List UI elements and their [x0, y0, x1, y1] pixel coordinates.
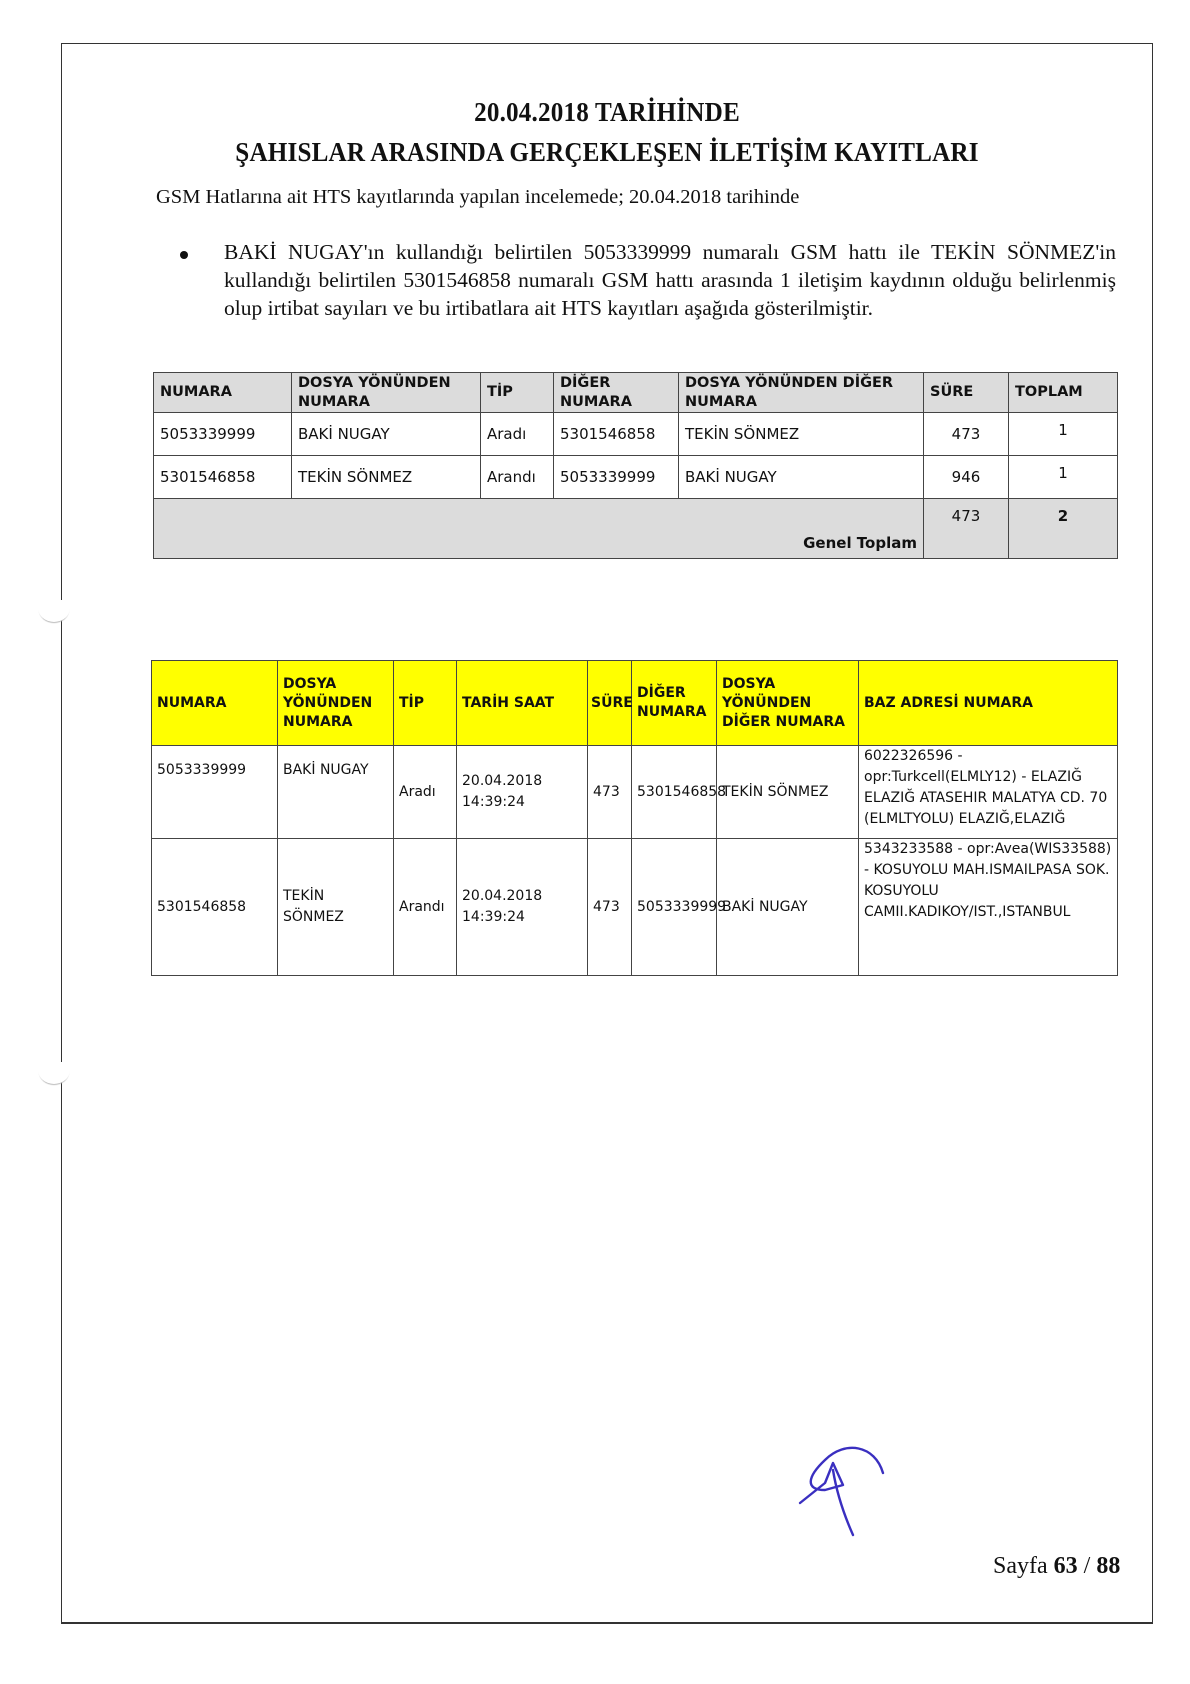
cell-sure: 946: [924, 456, 1009, 499]
col-header-baz-adresi-numara: BAZ ADRESİ NUMARA: [859, 661, 1118, 746]
cell-dosya-yonunden-diger-numara: TEKİN SÖNMEZ: [679, 413, 924, 456]
cell-diger-numara: 5301546858: [554, 413, 679, 456]
cell-sure: 473: [588, 746, 632, 839]
col-header-toplam: TOPLAM: [1009, 373, 1118, 413]
cell-tarih-saat: 20.04.2018 14:39:24: [457, 746, 588, 839]
total-row: Genel Toplam 473 2: [154, 499, 1118, 559]
bullet-text: BAKİ NUGAY'ın kullandığı belirtilen 5053…: [224, 238, 1116, 322]
col-header-dosya-yonunden-numara: DOSYA YÖNÜNDEN NUMARA: [278, 661, 394, 746]
detail-table: NUMARA DOSYA YÖNÜNDEN NUMARA TİP TARİH S…: [151, 660, 1118, 976]
col-header-dosya-yonunden-numara: DOSYA YÖNÜNDEN NUMARA: [292, 373, 481, 413]
cell-dosya-yonunden-numara: BAKİ NUGAY: [278, 746, 394, 839]
cell-dosya-yonunden-diger-numara: BAKİ NUGAY: [679, 456, 924, 499]
page-title-line2: ŞAHISLAR ARASINDA GERÇEKLEŞEN İLETİŞİM K…: [99, 137, 1115, 168]
summary-table: NUMARA DOSYA YÖNÜNDEN NUMARA TİP DİĞER N…: [153, 372, 1118, 559]
cell-dosya-yonunden-diger-numara: BAKİ NUGAY: [717, 839, 859, 976]
bullet-icon: [180, 251, 188, 259]
col-header-dosya-yonunden-diger-numara: DOSYA YÖNÜNDEN DİĞER NUMARA: [679, 373, 924, 413]
page-title-line1: 20.04.2018 TARİHİNDE: [99, 97, 1115, 128]
cell-tip: Aradı: [394, 746, 457, 839]
page-separator: /: [1084, 1553, 1091, 1579]
cell-numara: 5053339999: [152, 746, 278, 839]
cell-tip: Aradı: [481, 413, 554, 456]
cell-dosya-yonunden-diger-numara: TEKİN SÖNMEZ: [717, 746, 859, 839]
col-header-sure: SÜRE: [924, 373, 1009, 413]
signature-icon: [795, 1435, 905, 1545]
cell-diger-numara: 5053339999: [554, 456, 679, 499]
detail-header-row: NUMARA DOSYA YÖNÜNDEN NUMARA TİP TARİH S…: [152, 661, 1118, 746]
col-header-tarih-saat: TARİH SAAT: [457, 661, 588, 746]
summary-header-row: NUMARA DOSYA YÖNÜNDEN NUMARA TİP DİĞER N…: [154, 373, 1118, 413]
cell-numara: 5053339999: [154, 413, 292, 456]
cell-tip: Arandı: [481, 456, 554, 499]
col-header-numara: NUMARA: [154, 373, 292, 413]
cell-diger-numara: 5301546858: [632, 746, 717, 839]
cell-toplam: 1: [1009, 456, 1118, 499]
col-header-tip: TİP: [394, 661, 457, 746]
total-sure: 473: [924, 499, 1009, 559]
cell-diger-numara: 5053339999: [632, 839, 717, 976]
cell-dosya-yonunden-numara: BAKİ NUGAY: [292, 413, 481, 456]
cell-numara: 5301546858: [154, 456, 292, 499]
total-toplam: 2: [1009, 499, 1118, 559]
cell-dosya-yonunden-numara: TEKİN SÖNMEZ: [292, 456, 481, 499]
cell-sure: 473: [588, 839, 632, 976]
col-header-dosya-yonunden-diger-numara: DOSYA YÖNÜNDEN DİĞER NUMARA: [717, 661, 859, 746]
cell-toplam: 1: [1009, 413, 1118, 456]
cell-tarih-saat: 20.04.2018 14:39:24: [457, 839, 588, 976]
table-row: 5053339999 BAKİ NUGAY Aradı 20.04.2018 1…: [152, 746, 1118, 839]
col-header-diger-numara: DİĞER NUMARA: [632, 661, 717, 746]
col-header-sure: SÜRE: [588, 661, 632, 746]
table-row: 5301546858 TEKİN SÖNMEZ Arandı 20.04.201…: [152, 839, 1118, 976]
table-row: 5053339999 BAKİ NUGAY Aradı 5301546858 T…: [154, 413, 1118, 456]
col-header-tip: TİP: [481, 373, 554, 413]
cell-dosya-yonunden-numara: TEKİN SÖNMEZ: [278, 839, 394, 976]
page-total: 88: [1096, 1553, 1120, 1579]
table-row: 5301546858 TEKİN SÖNMEZ Arandı 505333999…: [154, 456, 1118, 499]
total-label: Genel Toplam: [154, 499, 924, 559]
cell-baz-adresi: 5343233588 - opr:Avea(WIS33588) - KOSUYO…: [859, 839, 1118, 976]
cell-tip: Arandı: [394, 839, 457, 976]
page-current: 63: [1054, 1553, 1078, 1579]
cell-baz-adresi: 6022326596 - opr:Turkcell(ELMLY12) - ELA…: [859, 746, 1118, 839]
col-header-diger-numara: DİĞER NUMARA: [554, 373, 679, 413]
page-prefix: Sayfa: [993, 1553, 1048, 1579]
intro-paragraph: GSM Hatlarına ait HTS kayıtlarında yapıl…: [156, 186, 799, 209]
col-header-numara: NUMARA: [152, 661, 278, 746]
cell-sure: 473: [924, 413, 1009, 456]
page-number: Sayfa 63 / 88: [993, 1553, 1120, 1580]
cell-numara: 5301546858: [152, 839, 278, 976]
